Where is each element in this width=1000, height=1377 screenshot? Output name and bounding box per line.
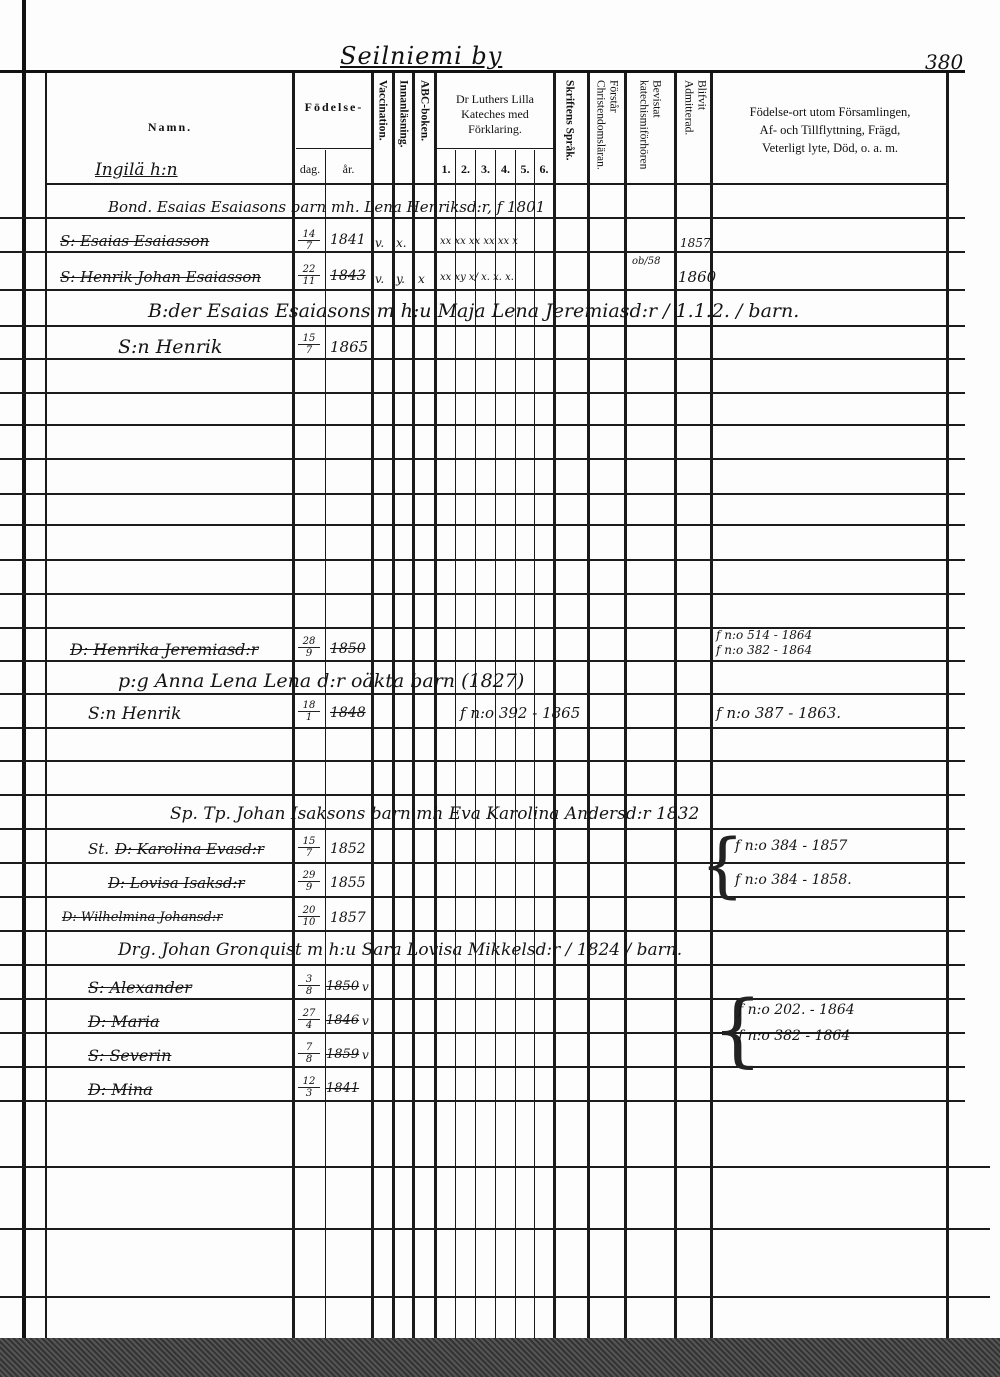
header-vaccination: Vaccination. xyxy=(376,80,389,141)
top-rule xyxy=(0,70,965,73)
birth-day-month: 299 xyxy=(298,870,320,893)
entry-name: D: Lovisa Isaksd:r xyxy=(108,874,245,892)
birth-day-month: 157 xyxy=(298,836,320,859)
household-label: Ingilä h:n xyxy=(95,160,178,180)
brace-icon: { xyxy=(700,830,745,900)
row-line xyxy=(0,1296,990,1298)
col-divider-cat2 xyxy=(475,150,476,1340)
row-line xyxy=(0,251,965,253)
catechetical-mark: ob/58 xyxy=(632,256,661,267)
entry-name: S: Henrik Johan Esaiasson xyxy=(60,268,261,286)
row-line xyxy=(0,1228,990,1230)
birth-year: 1857 xyxy=(330,910,366,926)
register-page: Seilniemi by 380 Namn. Ingilä h:n Födels… xyxy=(0,0,1000,1377)
row-line xyxy=(0,693,965,695)
col-divider-doctrine xyxy=(624,73,627,1341)
entry-name: D: Karolina Evasd:r xyxy=(115,840,264,858)
col-divider-cat4 xyxy=(515,150,516,1340)
entry-name: D: Henrika Jeremiasd:r xyxy=(70,640,258,659)
birth-month: 11 xyxy=(303,276,316,287)
row-line xyxy=(0,862,965,864)
header-scripture: Skriftens Språk. xyxy=(563,80,576,161)
birth-day-month: 157 xyxy=(298,333,320,356)
header-catechism: Dr Luthers Lilla Kateches med Förklaring… xyxy=(437,92,553,137)
cat-part-2: 2. xyxy=(456,162,475,177)
remarks-line3: Veterligt lyte, Död, o. a. m. xyxy=(716,139,944,157)
birth-day-month: 38 xyxy=(298,974,320,997)
birth-day-month: 2010 xyxy=(298,905,320,928)
birth-day-month: 181 xyxy=(298,700,320,723)
header-birth-year: år. xyxy=(326,162,371,177)
vaccination-mark: v. xyxy=(375,272,384,286)
vaccination-mark: v xyxy=(362,980,369,994)
header-innanlasning: Innanläsning. xyxy=(397,80,410,147)
margin-line xyxy=(45,73,47,1341)
header-birth-day: dag. xyxy=(294,162,326,177)
row-line xyxy=(0,727,965,729)
col-divider-name xyxy=(292,73,295,1341)
birth-month: 9 xyxy=(306,648,312,659)
row-line xyxy=(0,493,965,495)
remarks-line1: Födelse-ort utom Församlingen, xyxy=(716,103,944,121)
row-line xyxy=(0,289,965,291)
birth-month: 7 xyxy=(306,241,312,252)
birth-day: 3 xyxy=(298,974,320,986)
row-line xyxy=(0,593,965,595)
birth-day: 22 xyxy=(298,264,320,276)
birth-month: 3 xyxy=(306,1088,312,1099)
vaccination-mark: v xyxy=(362,1048,369,1062)
household-heading-5: Drg. Johan Gronquist m h:u Sara Lovisa M… xyxy=(118,940,682,960)
header-catechism-rule xyxy=(437,148,553,149)
col-divider-cat3 xyxy=(495,150,496,1340)
cat-part-4: 4. xyxy=(496,162,515,177)
birth-day: 14 xyxy=(298,229,320,241)
col-divider-vacc xyxy=(392,73,395,1341)
birth-year: 1855 xyxy=(330,875,366,891)
row-line xyxy=(0,794,965,796)
birth-month: 1 xyxy=(306,712,312,723)
admitted-year: 1857 xyxy=(680,236,711,250)
birth-day: 18 xyxy=(298,700,320,712)
cat-part-6: 6. xyxy=(535,162,553,177)
remark-line: f n:o 387 - 1863. xyxy=(716,704,841,722)
col-divider-remarks xyxy=(946,73,949,1341)
catechism-line3: Förklaring. xyxy=(437,122,553,137)
vaccination-mark: v. xyxy=(375,236,384,250)
birth-day: 12 xyxy=(298,1076,320,1088)
catechism-marks: xx xy x/ x. x. x. xyxy=(440,272,514,283)
header-catechetical: Bevistat katechismiförhören xyxy=(637,80,662,180)
entry-name: D: Mina xyxy=(88,1080,153,1099)
col-divider-scripture xyxy=(587,73,590,1341)
row-line xyxy=(0,325,965,327)
birth-year: 1848 xyxy=(330,705,366,721)
row-line xyxy=(0,896,965,898)
row-line xyxy=(0,760,965,762)
birth-month: 10 xyxy=(303,917,316,928)
remark-line: f n:o 202. - 1864 xyxy=(738,1002,855,1018)
birth-day: 29 xyxy=(298,870,320,882)
birth-year: 1850 xyxy=(326,979,359,994)
book-spine xyxy=(22,0,26,1338)
birth-day: 27 xyxy=(298,1008,320,1020)
entry-name: S:n Henrik xyxy=(118,336,222,358)
admitted-year: 1860 xyxy=(678,268,716,286)
cat-part-1: 1. xyxy=(437,162,455,177)
remark-line: f n:o 382 - 1864 xyxy=(738,1028,850,1044)
col-divider-cat5 xyxy=(534,150,535,1340)
entry-name: S:n Henrik xyxy=(88,704,181,724)
col-divider-innan xyxy=(412,73,415,1341)
remark-line: f n:o 384 - 1857 xyxy=(735,838,847,854)
row-line xyxy=(0,458,965,460)
header-name: Namn. xyxy=(110,120,230,135)
row-line xyxy=(0,1100,965,1102)
birth-month: 7 xyxy=(306,345,312,356)
remark-line: f n:o 384 - 1858. xyxy=(735,872,852,888)
col-divider-admitted xyxy=(710,73,713,1341)
birth-day: 15 xyxy=(298,333,320,345)
birth-year: 1841 xyxy=(326,1081,359,1096)
birth-day-month: 123 xyxy=(298,1076,320,1099)
row-line xyxy=(0,964,965,966)
birth-day: 28 xyxy=(298,636,320,648)
birth-year: 1850 xyxy=(330,641,366,657)
catechism-marks: xx xx xx xx xx x xyxy=(440,236,518,247)
entry-name: S: Alexander xyxy=(88,978,192,997)
household-heading-2: B:der Esaias Esaiasons m h:u Maja Lena J… xyxy=(148,300,799,322)
moved-note: f n:o 392 - 1865 xyxy=(460,704,580,722)
birth-day-month: 274 xyxy=(298,1008,320,1031)
birth-month: 9 xyxy=(306,882,312,893)
birth-year: 1865 xyxy=(330,338,368,356)
row-line xyxy=(0,524,965,526)
entry-name: D: Maria xyxy=(88,1012,160,1031)
birth-year: 1852 xyxy=(330,841,366,857)
remark-line: f n:o 514 - 1864 xyxy=(716,628,812,642)
col-divider-year xyxy=(371,73,374,1341)
row-line xyxy=(0,998,965,1000)
col-divider-cat1 xyxy=(455,150,456,1340)
row-line xyxy=(0,217,965,219)
col-divider-catechetical xyxy=(674,73,677,1341)
innanlasning-mark: x. xyxy=(396,236,407,250)
birth-day-month: 2211 xyxy=(298,264,320,287)
header-birth-rule xyxy=(296,148,371,149)
catechism-line2: Kateches med xyxy=(437,107,553,122)
header-admitted: Blifvit Admitterad. xyxy=(682,80,707,160)
birth-month: 8 xyxy=(306,1054,312,1065)
innanlasning-mark: y. xyxy=(396,272,405,286)
row-line xyxy=(0,559,965,561)
header-birth: Födelse- xyxy=(296,100,372,115)
remarks-line2: Af- och Tillflyttning, Frägd, xyxy=(716,121,944,139)
entry-name: S: Severin xyxy=(88,1046,171,1065)
entry-name: D: Wilhelmina Johansd:r xyxy=(62,910,222,925)
household-heading-1: Bond. Esaias Esaiasons barn mh. Lena Hen… xyxy=(108,198,545,216)
household-heading-3: p:g Anna Lena Lena d:r oäkta barn (1827) xyxy=(118,670,524,692)
col-divider-abc xyxy=(434,73,437,1341)
birth-year: 1843 xyxy=(330,268,366,284)
catechism-line1: Dr Luthers Lilla xyxy=(437,92,553,107)
household-heading-4: Sp. Tp. Johan Isaksons barn mh Eva Karol… xyxy=(170,804,699,824)
birth-month: 4 xyxy=(306,1020,312,1031)
row-line xyxy=(0,660,965,662)
vaccination-mark: v xyxy=(362,1014,369,1028)
row-line xyxy=(0,358,965,360)
row-line xyxy=(0,828,965,830)
birth-month: 7 xyxy=(306,848,312,859)
page-edge-shadow xyxy=(0,1338,1000,1377)
abc-mark: x xyxy=(418,272,425,286)
birth-year: 1859 xyxy=(326,1047,359,1062)
row-line xyxy=(0,1166,990,1168)
page-number: 380 xyxy=(925,50,963,74)
cat-part-5: 5. xyxy=(516,162,534,177)
col-divider-day xyxy=(325,150,326,1340)
entry-name: S: Esaias Esaiasson xyxy=(60,232,209,250)
birth-day: 7 xyxy=(298,1042,320,1054)
row-line xyxy=(0,1066,965,1068)
birth-year: 1846 xyxy=(326,1013,359,1028)
remark-line: f n:o 382 - 1864 xyxy=(716,643,812,657)
place-title: Seilniemi by xyxy=(340,42,502,70)
row-line xyxy=(0,627,965,629)
birth-day-month: 289 xyxy=(298,636,320,659)
header-abc: ABC-boken. xyxy=(418,80,431,141)
cat-part-3: 3. xyxy=(476,162,495,177)
birth-day-month: 78 xyxy=(298,1042,320,1065)
birth-month: 8 xyxy=(306,986,312,997)
birth-year: 1841 xyxy=(330,232,366,248)
header-remarks: Födelse-ort utom Församlingen, Af- och T… xyxy=(716,103,944,157)
row-line xyxy=(0,930,965,932)
birth-day: 20 xyxy=(298,905,320,917)
header-doctrine: Förstår Christendomsläran. xyxy=(594,80,619,180)
birth-day: 15 xyxy=(298,836,320,848)
entry-prefix: St. xyxy=(88,840,109,858)
row-line xyxy=(0,424,965,426)
row-line xyxy=(0,392,965,394)
birth-day-month: 147 xyxy=(298,229,320,252)
header-bottom-rule xyxy=(47,183,947,185)
